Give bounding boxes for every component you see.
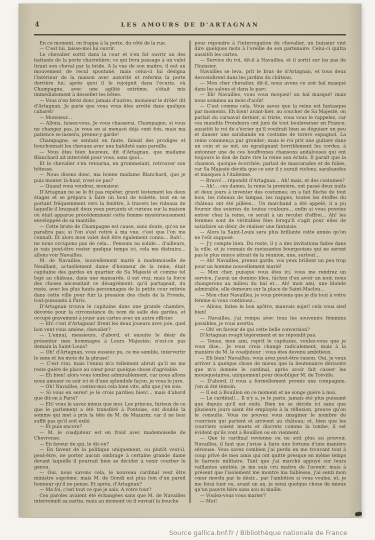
paragraph: Ces paroles avaient été échangées sans q… xyxy=(34,493,186,503)
paragraph: — Oh! d'Artagnan, vous eussiez pu, ce me… xyxy=(34,350,186,361)
paragraph: D'Artagnan trouva le capitaine dans une … xyxy=(34,304,186,321)
paragraph: — Navailles, j'ai rompu avec tous les so… xyxy=(195,315,347,326)
paragraph: — Eh bien! Navailles, vous avez peut-êtr… xyxy=(195,355,347,378)
paragraph: — Moi! xyxy=(195,499,347,503)
paragraph: — Alors la Saint-Louis sera plus brillan… xyxy=(195,229,347,240)
running-title: LES AMOURS DE D'ARTAGNAN xyxy=(34,21,346,28)
footer-bar: Source gallica.bnf.fr / Bibliothèque nat… xyxy=(0,518,375,540)
paragraph: — Oui, nous savons cela, le nouveau card… xyxy=(34,470,186,487)
paragraph: — Eh! Navailles, vous vous moquez! un ba… xyxy=(195,92,347,103)
page-content: 4 LES AMOURS DE D'ARTAGNAN En ce moment,… xyxy=(19,4,361,517)
paragraph: — Service du roi, dit-il à Navailles, et… xyxy=(195,58,347,69)
paragraph: — C'est comme cela. Vous savez que la re… xyxy=(195,103,347,177)
paragraph: — Vous n'en ferez donc jamais d'autres, … xyxy=(34,98,186,115)
paragraph: — Oh! Navailles, contez-moi cela bien vi… xyxy=(34,384,186,390)
paragraph: — Vous êtes bien heureux, dit d'Artagnan… xyxy=(34,149,186,160)
right-column: pour répondre à l'interrogation du cheva… xyxy=(195,41,347,504)
text-columns: En ce moment, on frappa à la porte, du c… xyxy=(34,41,346,504)
paragraph: — Eh bien! alors vous tombez admirableme… xyxy=(34,373,186,384)
paragraph: — Mon cher, puisque vous êtes ici, vous … xyxy=(195,270,347,293)
paragraph: — Mon cher Navailles, je vous préviens q… xyxy=(195,292,347,303)
scan-viewer: 4 LES AMOURS DE D'ARTAGNAN En ce moment,… xyxy=(0,0,375,540)
paragraph: — Allons, taisez-vous. Je vous chasserai… xyxy=(34,121,186,138)
paragraph: — Allons, faites le bon apôtre, mauvais … xyxy=(195,304,347,315)
paragraph: pour répondre à l'interrogation du cheva… xyxy=(195,41,347,58)
scan-artifact-mark xyxy=(355,512,362,517)
paragraph: — Mon cher chevalier, dit-il, nous avons… xyxy=(195,81,347,92)
paragraph: — Nous disons donc, ma bonne madame Blan… xyxy=(34,172,186,183)
paragraph: — Eh! c'est d'Artagnan! firent les deux … xyxy=(34,321,186,332)
paragraph: — Ah!... ces dames, la reine la première… xyxy=(195,184,347,230)
paragraph: — En faveur de la politique uniquement, … xyxy=(34,447,186,470)
paragraph: M. de Navailles, nouvellement marié à ma… xyxy=(34,258,186,304)
column-divider xyxy=(190,41,191,504)
paragraph: — D'abord, il vous a formellement promis… xyxy=(195,378,347,389)
paragraph: — Si vous en serez! je le crois pardieu … xyxy=(34,390,186,401)
paragraph: — Que le cardinal revienne ou ne soit pl… xyxy=(195,436,347,493)
paragraph: Champagne, se sentant en faute, faisait … xyxy=(34,138,186,149)
paragraph: — L'ennui, messieurs, d'abord, et ensuit… xyxy=(34,333,186,350)
paragraph: — Le cardinal!... Il n'y a, je le parie,… xyxy=(195,396,347,436)
paragraph: — Tenez, mon ami, reprit le capitaine, v… xyxy=(195,338,347,355)
header-rule xyxy=(34,34,346,36)
paragraph: — Cette brute de Champagne est cause, sa… xyxy=(34,224,186,258)
gallica-source-credit: Source gallica.bnf.fr / Bibliothèque nat… xyxy=(169,530,347,538)
left-column: En ce moment, on frappa à la porte, du c… xyxy=(34,41,186,504)
page-header: 4 LES AMOURS DE D'ARTAGNAN xyxy=(34,17,346,32)
paragraph: — Eh! vous le savez mieux que moi. Les p… xyxy=(34,401,186,424)
paragraph: — M. le coadjuteur est en froid avec mad… xyxy=(34,430,186,441)
paragraph: Le chevalier sortit dans la cour et s'en… xyxy=(34,52,186,98)
paragraph: D'Artagnan ne se le fit pas répéter, gra… xyxy=(34,189,186,223)
paragraph: — J'y compte bien. Du reste, il y a des … xyxy=(195,241,347,258)
paragraph: Et le chevalier s'en retourna, en gromme… xyxy=(34,161,186,172)
paragraph: — C'est vrai, mais l'ennui m'a tellement… xyxy=(34,361,186,372)
paragraph: — Ah! Navailles, prenez garde, vos yeux … xyxy=(195,258,347,269)
book-page-scan: 4 LES AMOURS DE D'ARTAGNAN En ce moment,… xyxy=(19,4,361,517)
paragraph: Navailles se leva, prit le bras de d'Art… xyxy=(195,69,347,80)
